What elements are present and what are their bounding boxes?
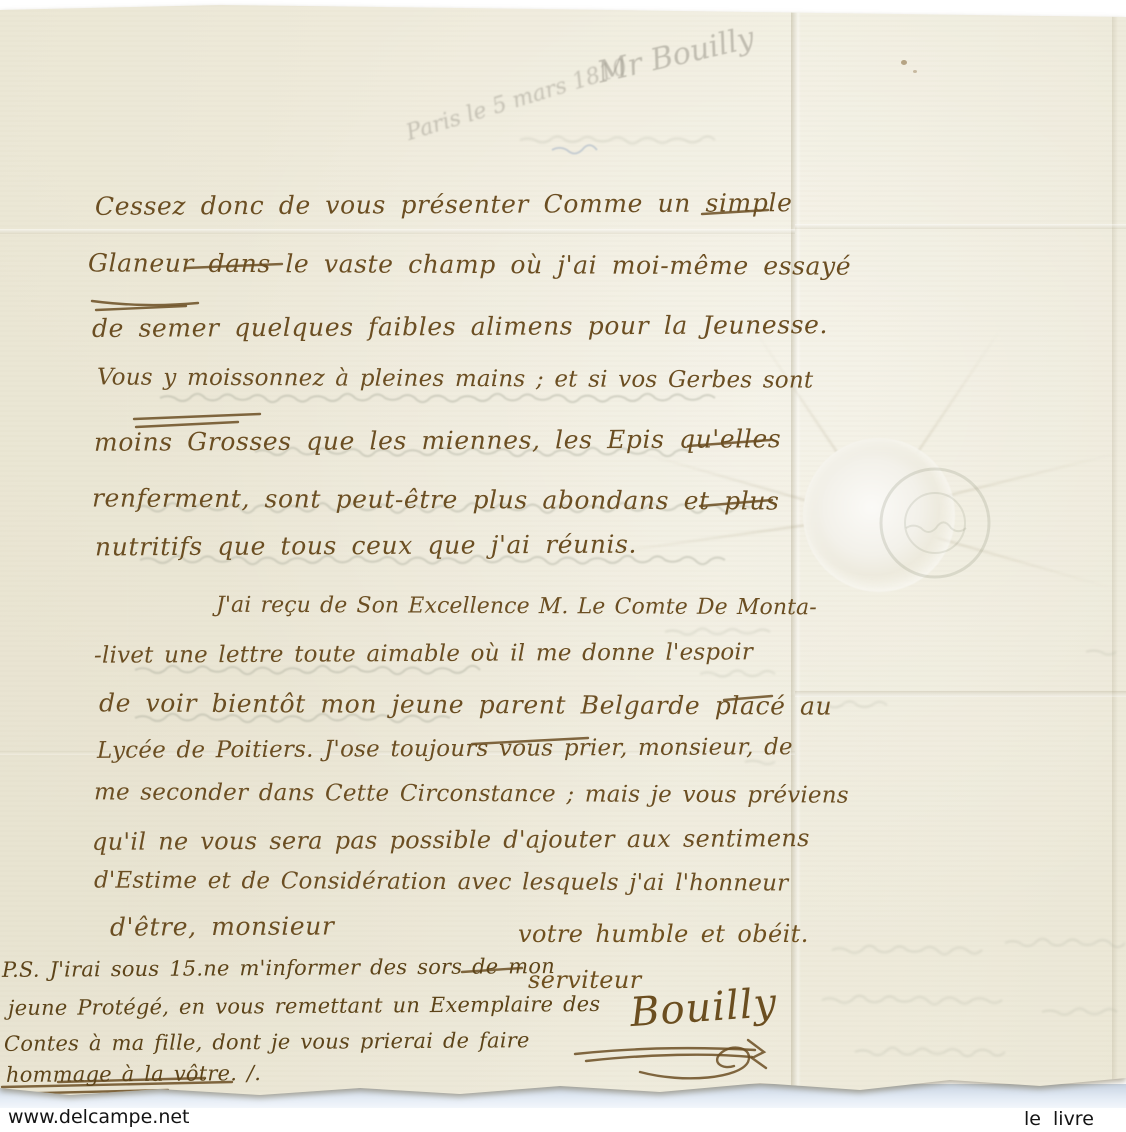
ghost-text-line (700, 671, 775, 677)
ghost-text-line (822, 996, 1002, 1004)
signature-flourish (575, 1040, 766, 1078)
watermark-le-livre: le livre (1024, 1108, 1094, 1130)
letter-line: Vous y moissonnez à pleines mains ; et s… (97, 364, 813, 393)
letter-line: J'ai reçu de Son Excellence M. Le Comte … (216, 593, 817, 621)
letter-line: nutritifs que tous ceux que j'ai réunis. (95, 530, 637, 562)
pencil-annotation-date: Paris le 5 mars 1810 (403, 55, 630, 146)
underline-glaneur (92, 301, 198, 305)
closing-line-1: votre humble et obéit. (518, 920, 809, 948)
postscript-line: jeune Protégé, en vous remettant un Exem… (8, 992, 601, 1020)
letter-line: Glaneur dans le vaste champ où j'ai moi-… (88, 248, 851, 280)
wax-seal-residue (803, 438, 955, 592)
scanned-letter-image: Mr Bouilly Paris le 5 mars 1810 (0, 0, 1126, 1132)
letter-line: de semer quelques faibles alimens pour l… (92, 310, 828, 343)
letter-line: moins Grosses que les miennes, les Epis … (94, 424, 781, 457)
letter-line: d'Estime et de Considération avec lesque… (94, 867, 788, 896)
letter-line: renferment, sont peut-être plus abondans… (92, 484, 780, 516)
ghost-text-line (520, 137, 715, 144)
letter-line: de voir bientôt mon jeune parent Belgard… (99, 688, 832, 720)
blue-pencil-mark (552, 145, 597, 153)
underline-hommage-2 (2, 1090, 168, 1094)
ghost-text-line (665, 629, 770, 635)
underline-glaneur-2 (96, 306, 186, 310)
letter-line: qu'il ne vous sera pas possible d'ajoute… (92, 824, 810, 856)
paper-surface: Mr Bouilly Paris le 5 mars 1810 (0, 0, 1126, 1132)
ghost-text-line (832, 946, 982, 954)
postscript-line: Contes à ma fille, dont je vous prierai … (4, 1028, 530, 1056)
letter-line: Cessez donc de vous présenter Comme un s… (95, 188, 793, 221)
letter-line: -livet une lettre toute aimable où il me… (94, 639, 753, 668)
underline-moissonnez (134, 414, 260, 419)
ghost-text-line (1042, 1009, 1117, 1015)
ghost-text-line (1005, 939, 1125, 947)
postscript-line: hommage à la vôtre. /. (6, 1061, 261, 1087)
ghost-text-line (160, 394, 715, 402)
letter-line: d'être, monsieur (110, 911, 335, 941)
fold-crease-horizontal-left (0, 229, 795, 234)
ghost-text-line (855, 1048, 1005, 1056)
ink-speck (901, 60, 907, 65)
ink-speck (913, 70, 917, 73)
postscript-line: P.S. J'irai sous 15.ne m'informer des so… (2, 954, 555, 982)
fold-crease-right-edge (1112, 0, 1118, 1082)
letter-line: Lycée de Poitiers. J'ose toujours vous p… (97, 734, 793, 764)
signature-bouilly: Bouilly (629, 980, 779, 1036)
fold-crease-horizontal-right (795, 224, 1126, 229)
letter-paper: Mr Bouilly Paris le 5 mars 1810 (0, 0, 1126, 1132)
watermark-delcampe: www.delcampe.net (8, 1106, 190, 1128)
fold-crease-horizontal-right-lower (795, 691, 1126, 697)
ghost-text-line (745, 761, 775, 764)
letter-line: me seconder dans Cette Circonstance ; ma… (94, 779, 849, 808)
ghost-text-line (1086, 651, 1116, 655)
